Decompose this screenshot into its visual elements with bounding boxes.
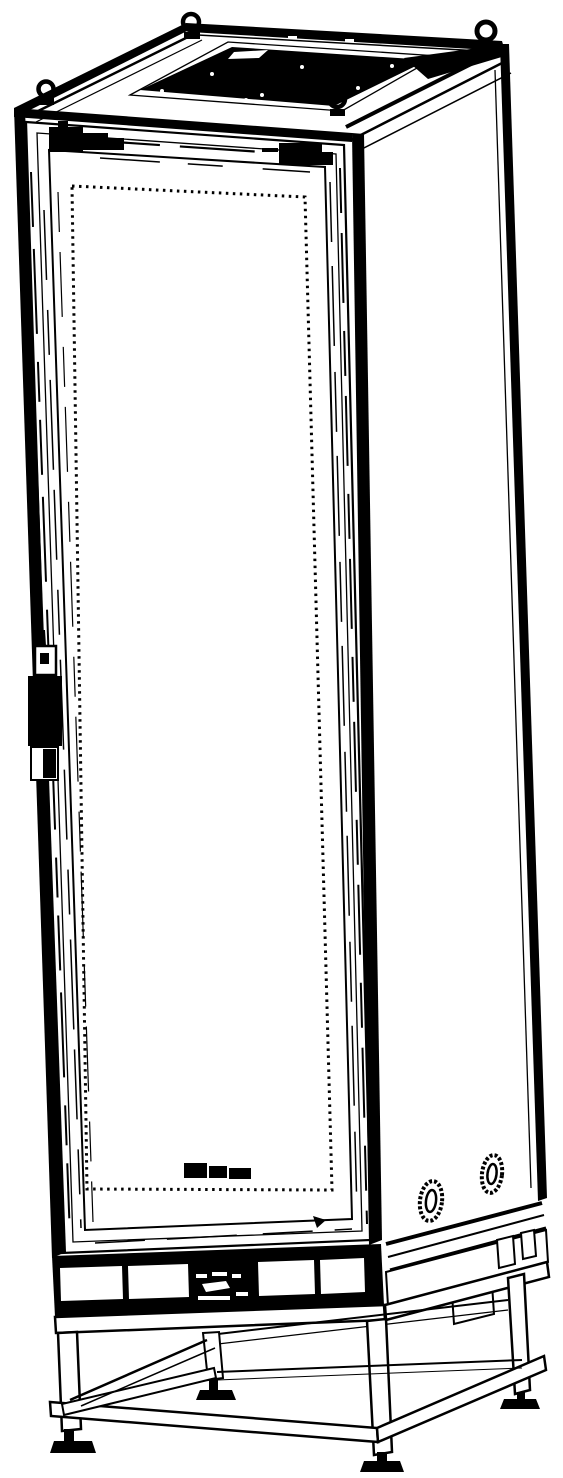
vent-screw-dot (260, 93, 264, 97)
vent-screw-dot (210, 72, 214, 76)
vent-screw-dot (300, 65, 304, 69)
gland-hole-front (418, 1180, 445, 1222)
foot-rear-right (500, 1392, 540, 1409)
top-vent-panel (140, 47, 428, 106)
label-blob (49, 127, 83, 152)
eyebolt-ring-icon (477, 22, 495, 40)
foot-front-right (360, 1452, 404, 1472)
cabinet-edges (14, 44, 547, 1270)
nameplate-mark (198, 1296, 230, 1300)
door-outline-middle (37, 133, 362, 1242)
foot-pad (360, 1461, 404, 1472)
door-gasket-stitch (72, 186, 332, 1190)
foot-pad (500, 1399, 540, 1409)
plinth-panel (128, 1264, 189, 1299)
label-blob (80, 133, 108, 150)
label-blob (104, 138, 124, 150)
cable-gland-holes (418, 1154, 505, 1222)
eyebolt-base (40, 98, 54, 105)
label-blob (58, 121, 68, 128)
cabinet-drawing-canvas: Technical line drawing of a floor-standi… (0, 0, 563, 1478)
nameplate-mark (212, 1272, 227, 1276)
door-labels (49, 121, 333, 1228)
foot-stem (64, 1429, 74, 1442)
vent-screw-dot (390, 64, 394, 68)
plinth-panel (60, 1266, 123, 1301)
top-frame (14, 23, 511, 152)
rear-right-edge (500, 44, 547, 1201)
label-blob (209, 1166, 227, 1178)
lock-lower-strip (43, 749, 56, 778)
gland-hole-inner (425, 1189, 438, 1212)
lock-stem-line (44, 630, 45, 646)
label-blob (315, 152, 333, 165)
eyebolt-rear-right (477, 22, 495, 50)
rear-rim-highlight (345, 39, 354, 42)
nameplate-mark (232, 1274, 241, 1278)
plinth-panel (258, 1260, 315, 1296)
plinth-side-slot (497, 1236, 515, 1268)
label-bottom-center (184, 1163, 251, 1179)
front-door (26, 122, 371, 1253)
door-outline-outer (26, 122, 371, 1253)
plinth-panel (320, 1258, 365, 1294)
rear-rim-highlight (288, 36, 297, 39)
eyebolt-base (478, 42, 495, 50)
door-outline-inner (49, 150, 352, 1230)
door-bottom-dash (95, 1229, 352, 1243)
label-blob (229, 1168, 251, 1179)
foot-stem (517, 1392, 525, 1400)
door-corner-mark (313, 1216, 326, 1228)
nameplate-mark (236, 1292, 248, 1296)
foot-pad (50, 1441, 96, 1453)
plinth-side-slot (521, 1230, 536, 1259)
lock-keyhole (40, 653, 49, 664)
eyebolt-base (184, 32, 200, 39)
eyebolt-ring-icon (39, 82, 54, 97)
label-blob (262, 148, 278, 152)
vent-screw-dot (160, 89, 164, 93)
foot-stem (377, 1452, 387, 1462)
stand-stretcher-front (50, 1402, 378, 1442)
label-top-right (262, 143, 333, 165)
gland-hole-rear (480, 1154, 504, 1194)
foot-pad (196, 1390, 236, 1400)
gland-hole-inner (486, 1164, 497, 1185)
foot-stem (209, 1379, 218, 1391)
gland-hole-ring (480, 1154, 504, 1194)
vent-screw-dot (244, 98, 248, 102)
foot-front-left (50, 1429, 96, 1453)
eyebolt-base (330, 109, 345, 116)
nameplate-mark (196, 1274, 207, 1278)
cabinet-line-drawing: Technical line drawing of a floor-standi… (0, 0, 563, 1478)
gland-hole-ring (418, 1180, 445, 1222)
vent-screw-dot (356, 86, 360, 90)
lock-handle-body (28, 676, 62, 746)
label-blob (184, 1163, 207, 1178)
